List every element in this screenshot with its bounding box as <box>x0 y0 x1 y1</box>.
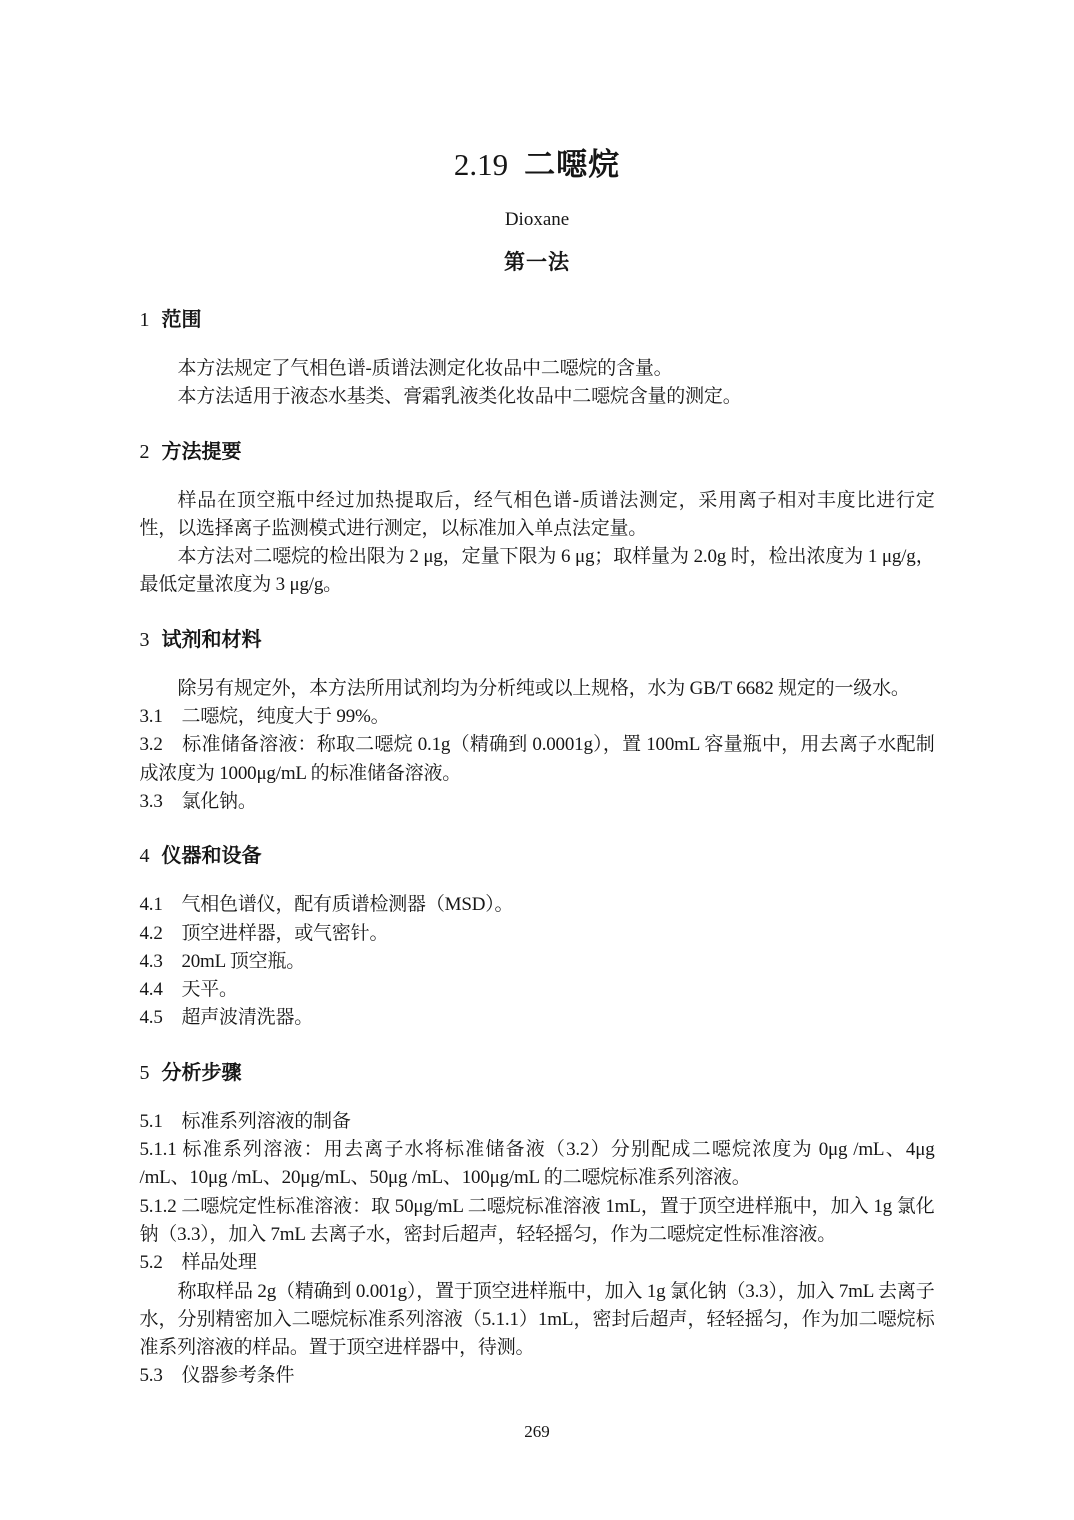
doc-title-number: 2.19 <box>454 147 508 182</box>
clause-3-1: 3.1 二噁烷，纯度大于 99%。 <box>140 703 935 731</box>
clause-5-1-2: 5.1.2 二噁烷定性标准溶液：取 50μg/mL 二噁烷标准溶液 1mL，置于… <box>140 1193 935 1250</box>
paragraph-summary-1: 样品在顶空瓶中经过加热提取后，经气相色谱-质谱法测定，采用离子相对丰度比进行定性… <box>140 487 935 544</box>
page-number: 269 <box>0 1421 1074 1443</box>
section-number: 1 <box>140 306 162 334</box>
section-title: 范围 <box>162 309 202 331</box>
section-title: 方法提要 <box>162 441 242 463</box>
section-heading-reagents: 3试剂和材料 <box>140 626 935 654</box>
method-one-heading: 第一法 <box>140 250 935 276</box>
section-title: 仪器和设备 <box>162 845 262 867</box>
section-heading-procedure: 5分析步骤 <box>140 1059 935 1087</box>
paragraph-scope-2: 本方法适用于液态水基类、膏霜乳液类化妆品中二噁烷含量的测定。 <box>140 383 935 411</box>
clause-5-1-1: 5.1.1 标准系列溶液：用去离子水将标准储备液（3.2）分别配成二噁烷浓度为 … <box>140 1136 935 1193</box>
section-scope: 1范围 本方法规定了气相色谱-质谱法测定化妆品中二噁烷的含量。 本方法适用于液态… <box>140 306 935 412</box>
clause-4-3: 4.3 20mL 顶空瓶。 <box>140 948 935 976</box>
document-sheet: 2.19二噁烷 Dioxane 第一法 1范围 本方法规定了气相色谱-质谱法测定… <box>140 0 935 1391</box>
clause-4-1: 4.1 气相色谱仪，配有质谱检测器（MSD）。 <box>140 891 935 919</box>
section-number: 4 <box>140 842 162 870</box>
clause-3-3: 3.3 氯化钠。 <box>140 788 935 816</box>
paragraph-reagents-intro: 除另有规定外，本方法所用试剂均为分析纯或以上规格，水为 GB/T 6682 规定… <box>140 675 935 703</box>
clause-5-2: 5.2 样品处理 <box>140 1249 935 1277</box>
paragraph-summary-2: 本方法对二噁烷的检出限为 2 μg，定量下限为 6 μg；取样量为 2.0g 时… <box>140 543 935 600</box>
section-heading-scope: 1范围 <box>140 306 935 334</box>
section-number: 2 <box>140 438 162 466</box>
doc-subtitle-english: Dioxane <box>140 208 935 232</box>
clause-3-2: 3.2 标准储备溶液：称取二噁烷 0.1g（精确到 0.0001g），置 100… <box>140 731 935 788</box>
section-method-summary: 2方法提要 样品在顶空瓶中经过加热提取后，经气相色谱-质谱法测定，采用离子相对丰… <box>140 438 935 600</box>
doc-title-text: 二噁烷 <box>524 147 620 182</box>
clause-5-3: 5.3 仪器参考条件 <box>140 1362 935 1390</box>
section-number: 3 <box>140 626 162 654</box>
clause-5-1: 5.1 标准系列溶液的制备 <box>140 1108 935 1136</box>
section-analysis-procedure: 5分析步骤 5.1 标准系列溶液的制备 5.1.1 标准系列溶液：用去离子水将标… <box>140 1059 935 1391</box>
clause-4-5: 4.5 超声波清洗器。 <box>140 1004 935 1032</box>
section-heading-method-summary: 2方法提要 <box>140 438 935 466</box>
document-page-background: { "doc": { "title_number": "2.19", "titl… <box>0 0 1074 1520</box>
paragraph-scope-1: 本方法规定了气相色谱-质谱法测定化妆品中二噁烷的含量。 <box>140 355 935 383</box>
section-heading-instruments: 4仪器和设备 <box>140 842 935 870</box>
clause-4-2: 4.2 顶空进样器，或气密针。 <box>140 920 935 948</box>
paragraph-sample-handling: 称取样品 2g（精确到 0.001g），置于顶空进样瓶中，加入 1g 氯化钠（3… <box>140 1278 935 1363</box>
section-instruments-equipment: 4仪器和设备 4.1 气相色谱仪，配有质谱检测器（MSD）。 4.2 顶空进样器… <box>140 842 935 1032</box>
section-reagents-materials: 3试剂和材料 除另有规定外，本方法所用试剂均为分析纯或以上规格，水为 GB/T … <box>140 626 935 816</box>
section-title: 试剂和材料 <box>162 629 262 651</box>
section-number: 5 <box>140 1059 162 1087</box>
section-title: 分析步骤 <box>162 1062 242 1084</box>
clause-4-4: 4.4 天平。 <box>140 976 935 1004</box>
doc-title: 2.19二噁烷 <box>140 146 935 184</box>
